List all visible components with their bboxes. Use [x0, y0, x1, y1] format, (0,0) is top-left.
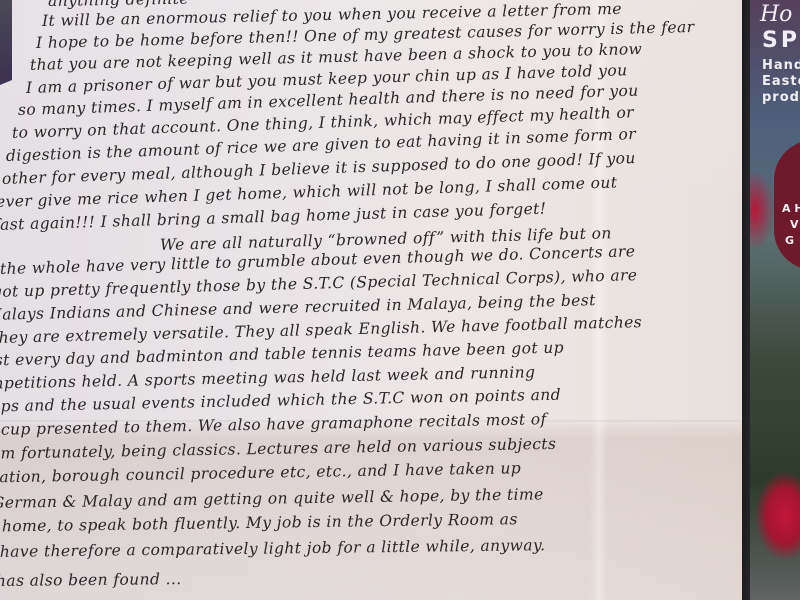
- book-tagline-line: prod: [762, 90, 800, 105]
- letter-line: German & Malay and am getting on quite w…: [0, 485, 544, 512]
- book-tagline-line: Easte: [762, 74, 800, 89]
- letter-line: a cup presented to them. We also have gr…: [0, 410, 547, 439]
- photo-scene: anything definite It will be an enormous…: [0, 0, 800, 600]
- book-subtitle: SP: [762, 28, 800, 53]
- background-fabric: [0, 0, 14, 90]
- book-badge-text: A H: [782, 202, 800, 215]
- letter-line: has also been found ...: [0, 570, 182, 590]
- book-title: Ho: [760, 2, 792, 27]
- letter-line: education, borough council procedure etc…: [0, 459, 521, 487]
- letter-line: them fortunately, being classics. Lectur…: [0, 435, 556, 463]
- letter-body: anything definite It will be an enormous…: [0, 0, 745, 600]
- book-badge-text: V: [790, 218, 799, 231]
- handwritten-letter: anything definite It will be an enormous…: [0, 0, 760, 600]
- letter-line: I am home, to speak both fluently. My jo…: [0, 510, 518, 536]
- book-badge-text: G: [785, 234, 794, 247]
- letter-line: I have therefore a comparatively light j…: [0, 536, 545, 561]
- book-tagline-line: Hand: [762, 58, 800, 73]
